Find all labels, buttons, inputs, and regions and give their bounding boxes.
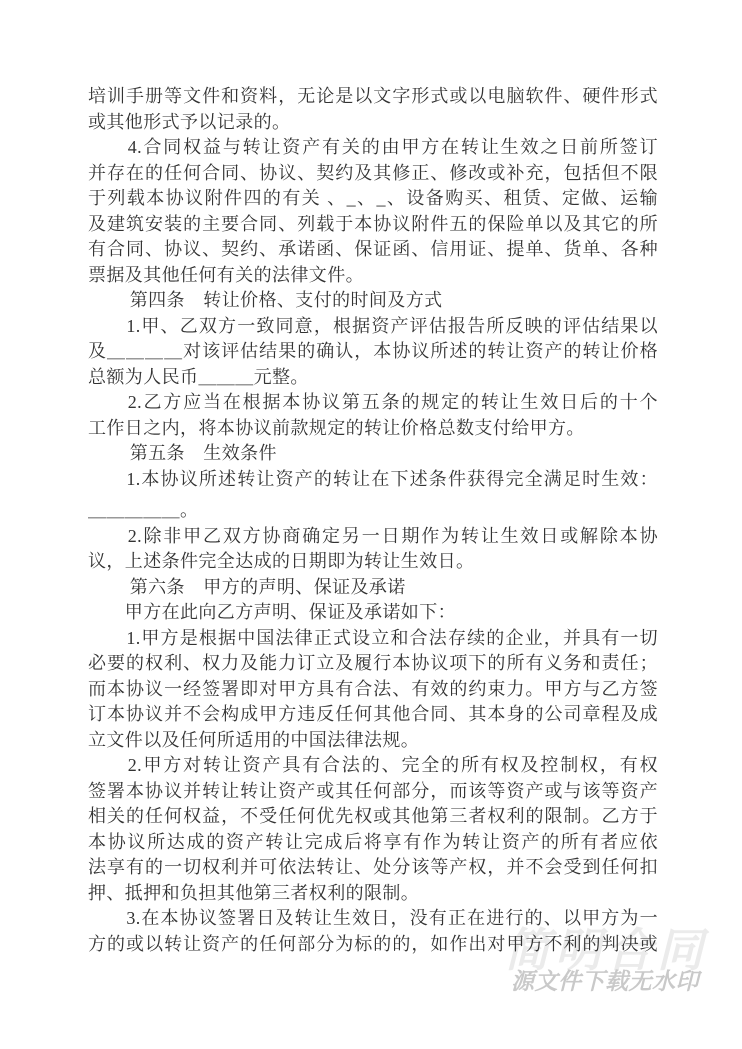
document-line: 第五条 生效条件 [88,441,658,467]
document-line: 工作日之内，将本协议前款规定的转让价格总数支付给甲方。 [88,416,658,442]
document-line: 及建筑安装的主要合同、列载于本协议附件五的保险单以及其它的所 [88,212,658,238]
document-line: 及＿＿＿＿对该评估结果的确认，本协议所述的转让资产的转让价格 [88,339,658,365]
document-line: 订本协议并不会构成甲方违反任何其他合同、其本身的公司章程及成 [88,702,658,728]
document-line: 培训手册等文件和资料，无论是以文字形式或以电脑软件、硬件形式 [88,84,658,110]
document-line: 议，上述条件完全达成的日期即为转让生效日。 [88,549,658,575]
document-line: 票据及其他任何有关的法律文件。 [88,263,658,289]
document-line: 本协议所达成的资产转让完成后将享有作为转让资产的所有者应依 [88,830,658,856]
document-line: 法享有的一切权利并可依法转让、处分该等产权，并不会受到任何扣 [88,855,658,881]
document-line: 而本协议一经签署即对甲方具有合法、有效的约束力。甲方与乙方签 [88,677,658,703]
document-line: 3.在本协议签署日及转让生效日，没有正在进行的、以甲方为一 [88,906,658,932]
watermark-tagline: 源文件下载无水印 [511,963,699,996]
contract-body-text: 培训手册等文件和资料，无论是以文字形式或以电脑软件、硬件形式或其他形式予以记录的… [88,84,658,957]
document-line: 立文件以及任何所适用的中国法律法规。 [88,728,658,754]
document-line: 第六条 甲方的声明、保证及承诺 [88,575,658,601]
document-page: 简明合同 源文件下载无水印 培训手册等文件和资料，无论是以文字形式或以电脑软件、… [0,0,742,1049]
document-line: 于列载本协议附件四的有关 、_、_、设备购买、租赁、定做、运输 [88,186,658,212]
document-line: 1.甲方是根据中国法律正式设立和合法存续的企业，并具有一切 [88,626,658,652]
document-line: ＿＿＿＿＿。 [88,498,658,524]
document-line: 押、抵押和负担其他第三者权利的限制。 [88,881,658,907]
document-line: 4.合同权益与转让资产有关的由甲方在转让生效之日前所签订 [88,135,658,161]
document-line: 有合同、协议、契约、承诺函、保证函、信用证、提单、货单、各种 [88,237,658,263]
document-line: 或其他形式予以记录的。 [88,110,658,136]
document-line: 必要的权利、权力及能力订立及履行本协议项下的所有义务和责任； [88,651,658,677]
document-line: 2.除非甲乙双方协商确定另一日期作为转让生效日或解除本协 [88,524,658,550]
document-line: 2.乙方应当在根据本协议第五条的规定的转让生效日后的十个 [88,390,658,416]
document-line: 2.甲方对转让资产具有合法的、完全的所有权及控制权，有权 [88,753,658,779]
document-line: 方的或以转让资产的任何部分为标的的，如作出对甲方不利的判决或 [88,932,658,958]
document-line: 1.本协议所述转让资产的转让在下述条件获得完全满足时生效： [88,467,658,493]
document-line: 甲方在此向乙方声明、保证及承诺如下： [88,600,658,626]
document-line: 签署本协议并转让转让资产或其任何部分，而该等资产或与该等资产 [88,779,658,805]
document-line: 总额为人民币＿＿＿元整。 [88,365,658,391]
document-line: 1.甲、乙双方一致同意，根据资产评估报告所反映的评估结果以 [88,314,658,340]
document-line: 并存在的任何合同、协议、契约及其修正、修改或补充，包括但不限 [88,161,658,187]
document-line: 相关的任何权益，不受任何优先权或其他第三者权利的限制。乙方于 [88,804,658,830]
document-line: 第四条 转让价格、支付的时间及方式 [88,288,658,314]
